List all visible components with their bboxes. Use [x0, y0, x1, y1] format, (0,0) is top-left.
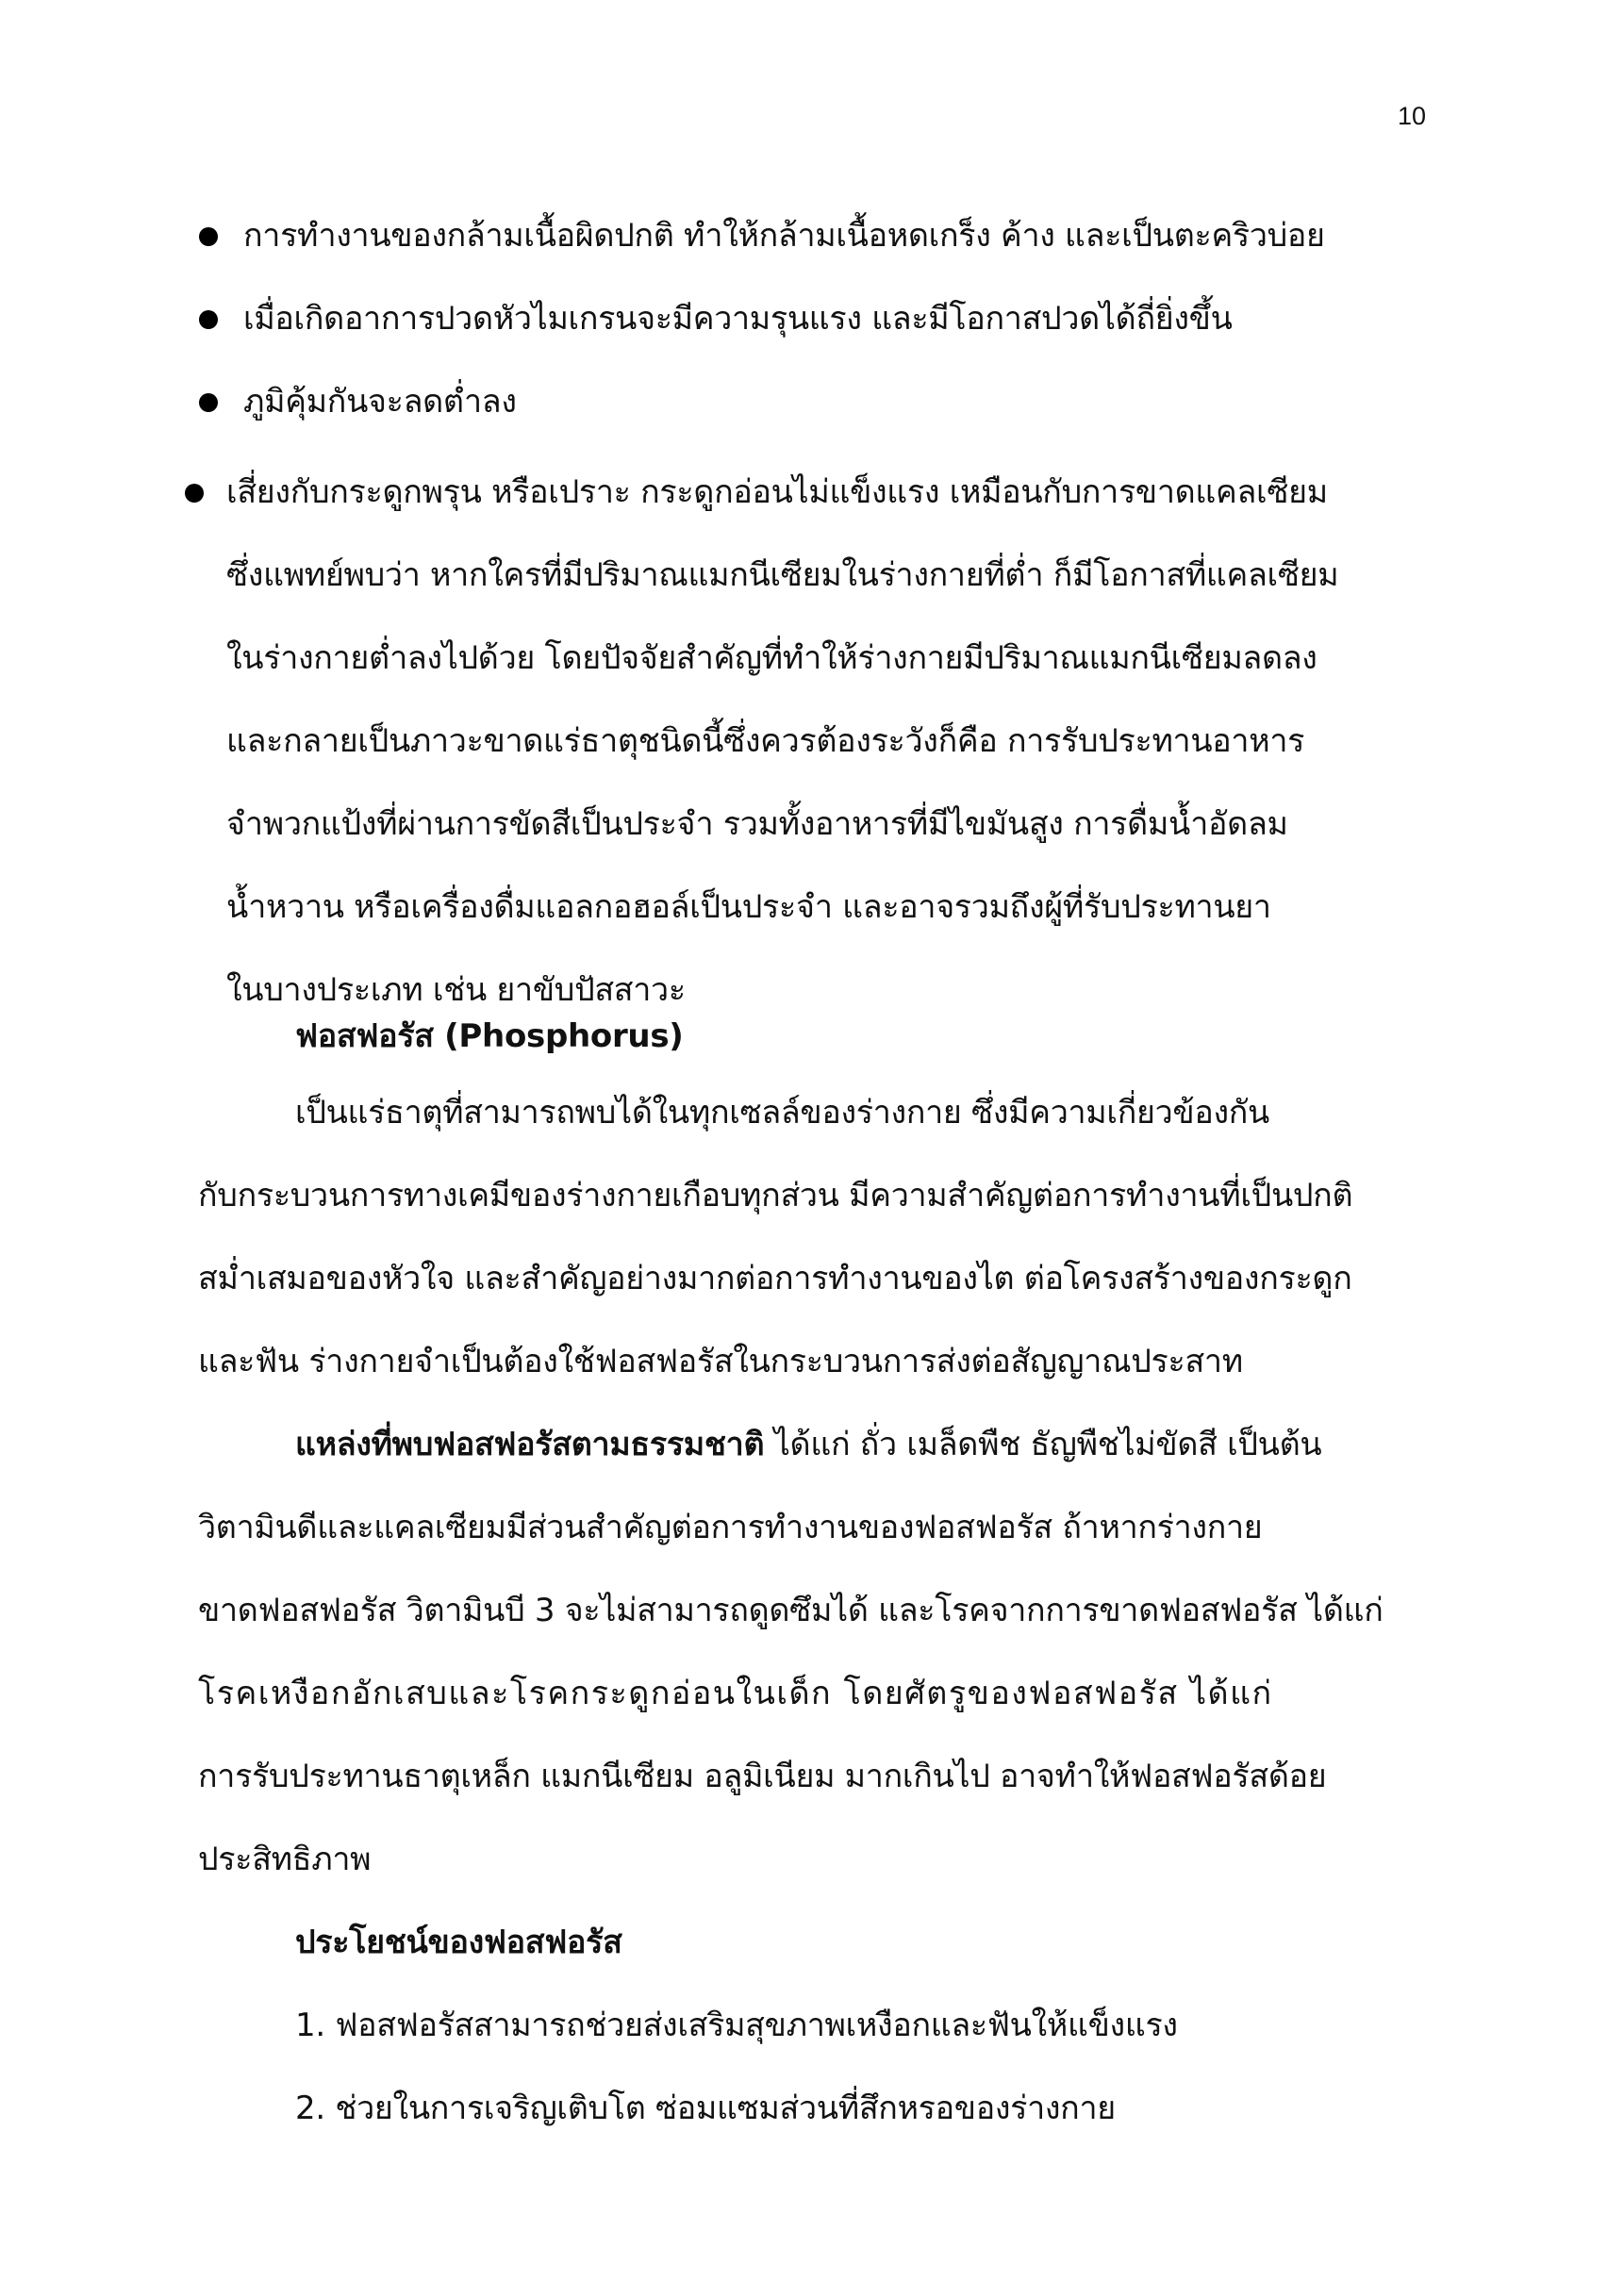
page-number: 10: [1398, 102, 1426, 131]
paragraph-line: สม่ำเสมอของหัวใจ และสำคัญอย่างมากต่อการท…: [198, 1258, 1352, 1299]
paragraph-line: แหล่งที่พบฟอสฟอรัสตามธรรมชาติ ได้แก่ ถั่…: [295, 1424, 1321, 1465]
bullet-text: ในบางประเภท เช่น ยาขับปัสสาวะ: [226, 969, 686, 1011]
bullet-text: เมื่อเกิดอาการปวดหัวไมเกรนจะมีความรุนแรง…: [243, 298, 1233, 339]
sources-text: ได้แก่ ถั่ว เมล็ดพืช ธัญพืชไม่ขัดสี เป็น…: [764, 1426, 1321, 1463]
bullet-icon: [185, 484, 204, 503]
bullet-text: ภูมิคุ้มกันจะลดต่ำลง: [243, 381, 517, 422]
bullet-text: จำพวกแป้งที่ผ่านการขัดสีเป็นประจำ รวมทั้…: [226, 803, 1288, 845]
paragraph-line: การรับประทานธาตุเหล็ก แมกนีเซียม อลูมิเน…: [198, 1756, 1326, 1797]
list-item: 1. ฟอสฟอรัสสามารถช่วยส่งเสริมสุขภาพเหงือ…: [295, 2005, 1178, 2046]
bullet-icon: [199, 393, 218, 412]
list-item: 2. ช่วยในการเจริญเติบโต ซ่อมแซมส่วนที่สึ…: [295, 2088, 1116, 2129]
bullet-text: การทำงานของกล้ามเนื้อผิดปกติ ทำให้กล้ามเ…: [243, 215, 1325, 256]
bullet-text: ในร่างกายต่ำลงไปด้วย โดยปัจจัยสำคัญที่ทำ…: [226, 637, 1317, 679]
paragraph-line: เป็นแร่ธาตุที่สามารถพบได้ในทุกเซลล์ของร่…: [295, 1092, 1269, 1133]
paragraph-line: กับกระบวนการทางเคมีของร่างกายเกือบทุกส่ว…: [198, 1175, 1352, 1216]
bullet-icon: [199, 227, 218, 246]
subsection-heading: ประโยชน์ของฟอสฟอรัส: [295, 1922, 622, 1963]
bullet-text: น้ำหวาน หรือเครื่องดื่มแอลกอฮอล์เป็นประจ…: [226, 886, 1271, 928]
bullet-text: และกลายเป็นภาวะขาดแร่ธาตุชนิดนี้ซึ่งควรต…: [226, 720, 1304, 762]
bullet-icon: [199, 310, 218, 329]
paragraph-line: โรคเหงือกอักเสบและโรคกระดูกอ่อนในเด็ก โด…: [198, 1673, 1273, 1714]
section-heading: ฟอสฟอรัส (Phosphorus): [295, 1016, 684, 1057]
paragraph-line: และฟัน ร่างกายจำเป็นต้องใช้ฟอสฟอรัสในกระ…: [198, 1341, 1243, 1382]
bullet-text: เสี่ยงกับกระดูกพรุน หรือเปราะ กระดูกอ่อน…: [226, 471, 1328, 513]
sources-label: แหล่งที่พบฟอสฟอรัสตามธรรมชาติ: [295, 1426, 764, 1463]
paragraph-line: ประสิทธิภาพ: [198, 1839, 371, 1880]
bullet-text: ซึ่งแพทย์พบว่า หากใครที่มีปริมาณแมกนีเซี…: [226, 554, 1338, 596]
paragraph-line: วิตามินดีและแคลเซียมมีส่วนสำคัญต่อการทำง…: [198, 1507, 1262, 1548]
paragraph-line: ขาดฟอสฟอรัส วิตามินบี 3 จะไม่สามารถดูดซึ…: [198, 1590, 1384, 1631]
